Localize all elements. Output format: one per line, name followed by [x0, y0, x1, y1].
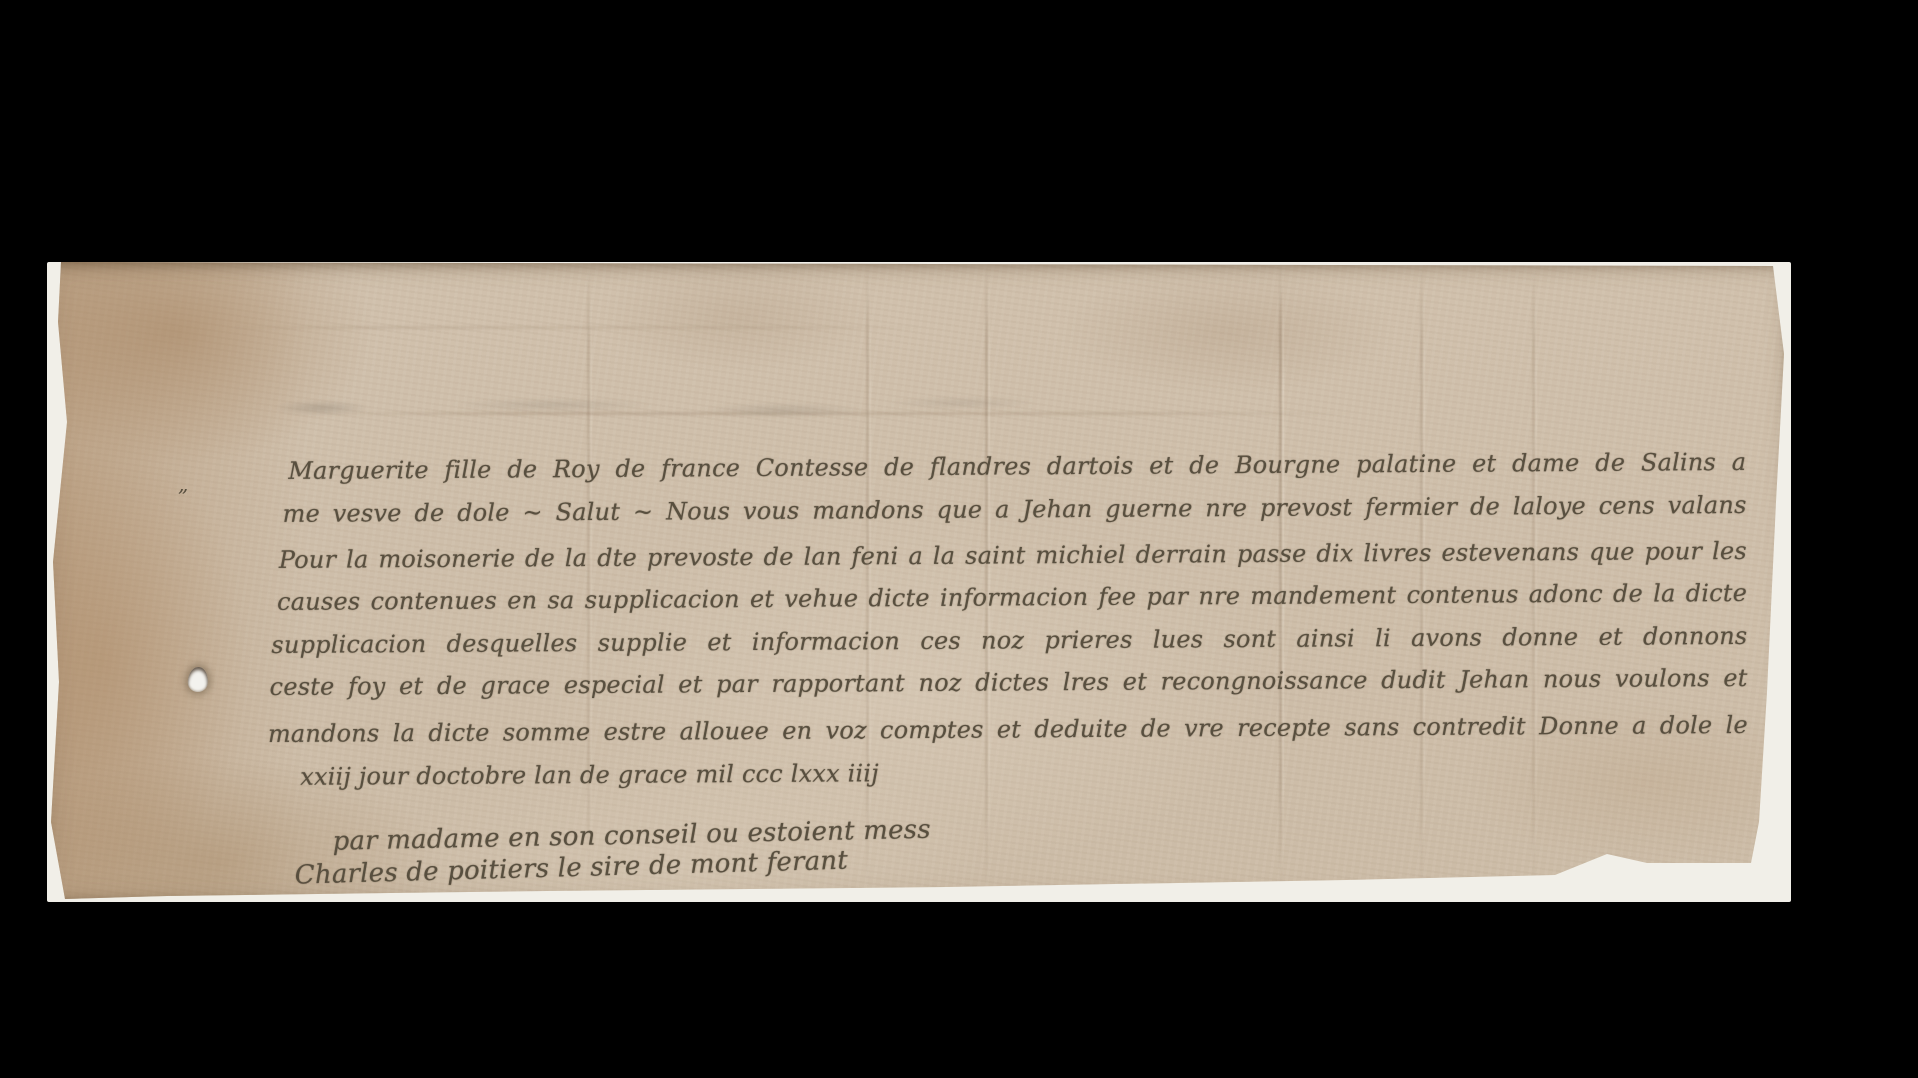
scanned-document: „ Marguerite fille de Roy de france Cont… — [47, 262, 1791, 902]
fold-crease — [1532, 266, 1535, 888]
manuscript-line: Marguerite fille de Roy de france Contes… — [288, 447, 1746, 486]
fold-crease — [1420, 266, 1423, 888]
manuscript-line: mandons la dicte somme estre allouee en … — [268, 710, 1748, 749]
fold-crease — [307, 412, 1357, 415]
fold-crease — [866, 266, 869, 888]
manuscript-text: Marguerite fille de Roy de france Contes… — [45, 257, 1793, 908]
manuscript-line-subscription: Charles de poitiers le sire de mont fera… — [294, 846, 848, 891]
fold-crease — [587, 266, 590, 888]
fold-crease — [227, 326, 927, 329]
parchment: „ Marguerite fille de Roy de france Cont… — [47, 262, 1791, 902]
manuscript-line: Pour la moisonerie de la dte prevoste de… — [279, 536, 1747, 575]
manuscript-line: me vesve de dole ~ Salut ~ Nous vous man… — [282, 490, 1746, 529]
fold-crease — [1279, 266, 1282, 888]
puncture-hole — [187, 666, 209, 692]
viewer-background: { "scan": { "backing_color": "#f1efe8", … — [0, 0, 1918, 1078]
manuscript-line-date: xxiij jour doctobre lan de grace mil ccc… — [300, 758, 879, 792]
manuscript-line: ceste foy et de grace especial et par ra… — [270, 663, 1748, 702]
margin-mark: „ — [178, 472, 188, 496]
manuscript-line: causes contenues en sa supplicacion et v… — [277, 578, 1747, 617]
manuscript-line-subscription: par madame en son conseil ou estoient me… — [332, 815, 931, 857]
faded-annotation — [262, 388, 1042, 428]
fold-crease — [985, 266, 988, 888]
manuscript-line: supplicacion desquelles supplie et infor… — [271, 621, 1747, 660]
